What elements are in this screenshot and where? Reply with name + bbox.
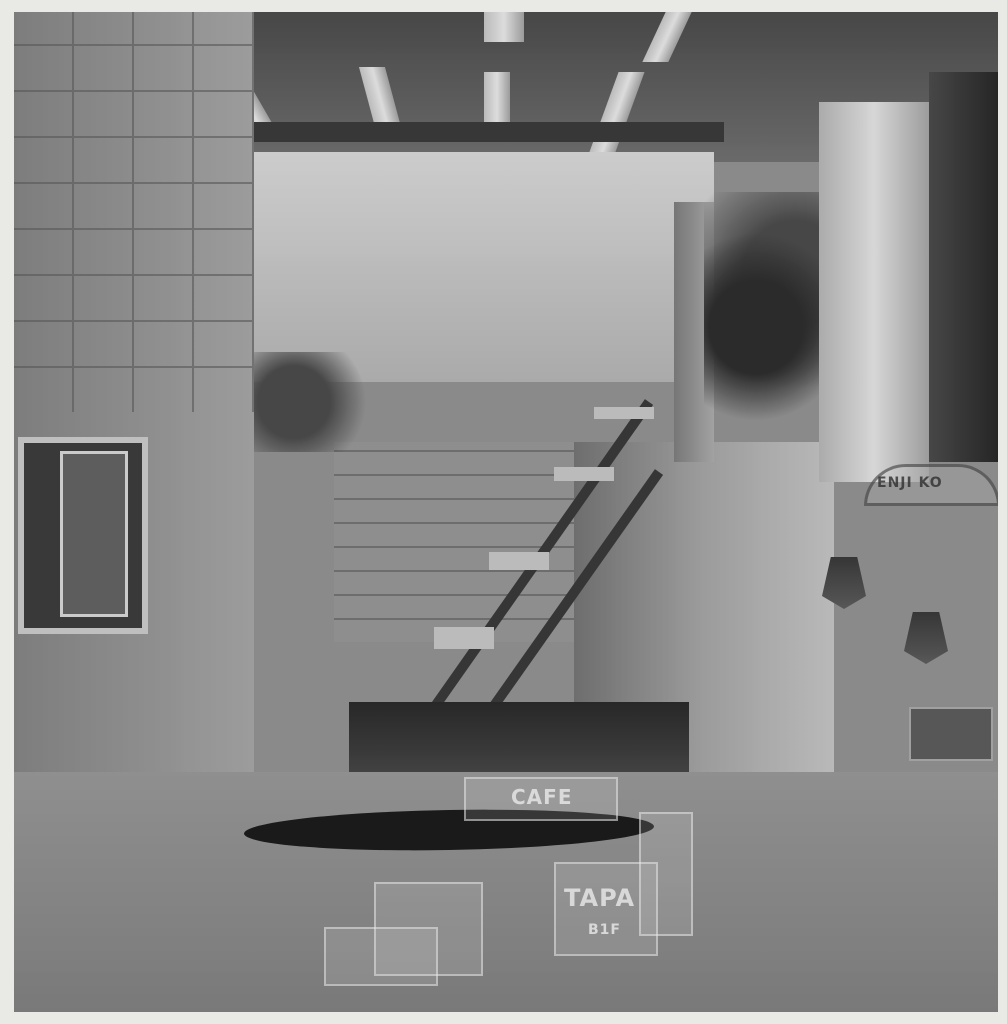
floor-level-text: B1F — [588, 922, 621, 938]
shop-sign — [324, 927, 438, 986]
foliage — [929, 72, 998, 462]
foliage — [704, 192, 834, 462]
cafe-sign-text: CAFE — [511, 785, 572, 809]
arch-sign: ENJI KO — [864, 464, 998, 506]
window — [18, 437, 148, 634]
ladder — [394, 382, 674, 732]
tapa-sign-text: TAPA — [564, 884, 635, 912]
background-scaffold — [244, 152, 714, 382]
street-lamp — [904, 612, 948, 664]
photo-print: CAFE TAPA B1F ENJI KO — [14, 12, 998, 1012]
ceiling-beam — [484, 12, 524, 42]
pillar — [819, 102, 929, 482]
arch-sign-text: ENJI KO — [877, 475, 943, 491]
ceiling-crossbeam — [224, 122, 724, 142]
vertical-sign — [639, 812, 693, 936]
shop-sign — [909, 707, 993, 761]
cafe-sign: CAFE — [464, 777, 618, 821]
ceiling-beam — [642, 12, 691, 62]
